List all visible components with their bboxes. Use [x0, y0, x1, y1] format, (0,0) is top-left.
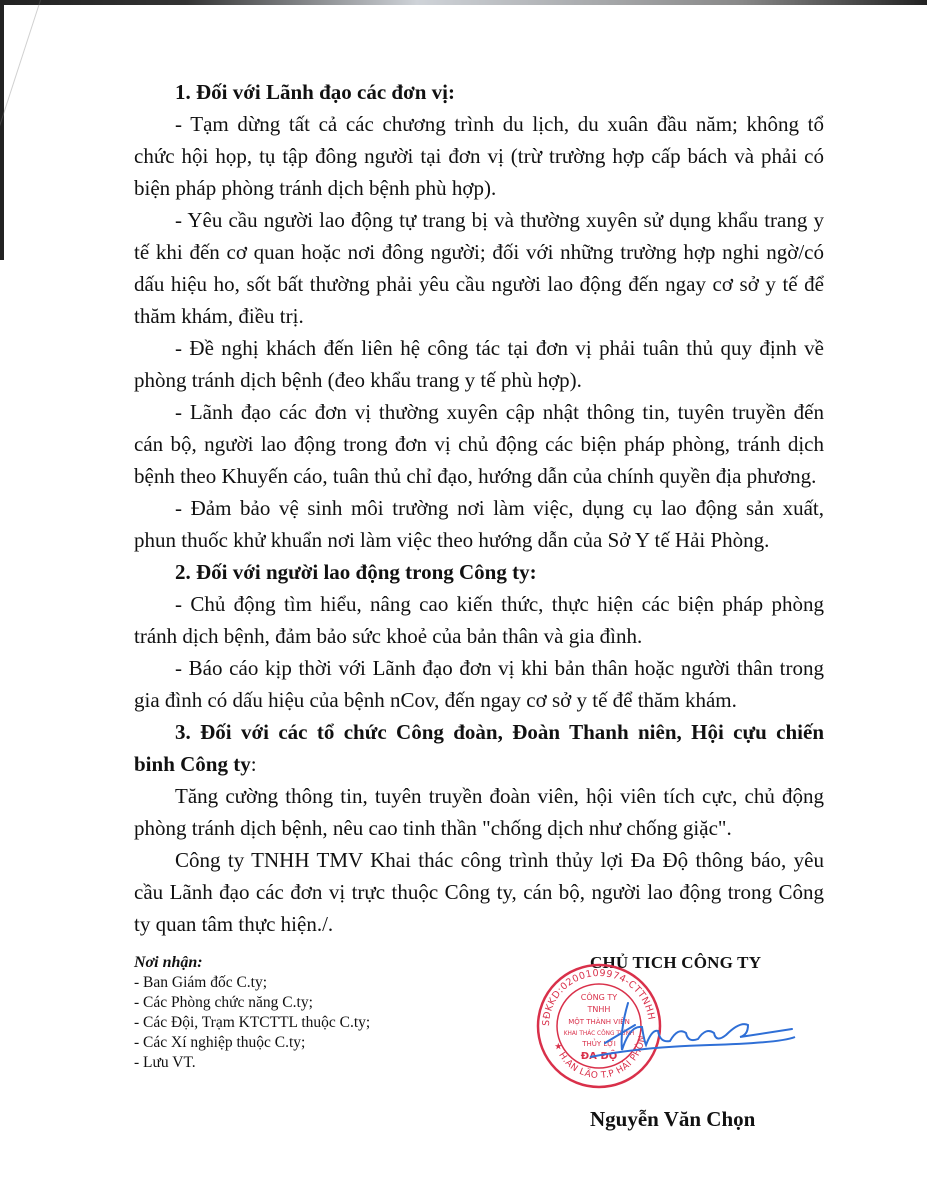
recipient-item: - Lưu VT.: [134, 1053, 370, 1073]
section-3-heading-bold: binh Công ty: [134, 752, 251, 776]
section-3-heading-colon: :: [251, 752, 257, 776]
section-3-heading-cont: binh Công ty:: [134, 750, 824, 778]
recipients-block: Nơi nhận: - Ban Giám đốc C.ty; - Các Phò…: [134, 953, 370, 1073]
signer-name: Nguyễn Văn Chọn: [590, 1107, 755, 1132]
paragraph-line: Công ty TNHH TMV Khai thác công trình th…: [175, 846, 824, 874]
paragraph-line: - Yêu cầu người lao động tự trang bị và …: [175, 206, 824, 234]
paragraph-line: gia đình có dấu hiệu của bệnh nCov, đến …: [134, 686, 824, 714]
recipient-item: - Các Phòng chức năng C.ty;: [134, 993, 370, 1013]
paragraph-line: cầu Lãnh đạo các đơn vị trực thuộc Công …: [134, 878, 824, 906]
paragraph-line: phun thuốc khử khuẩn nơi làm việc theo h…: [134, 526, 824, 554]
recipient-item: - Các Xí nghiệp thuộc C.ty;: [134, 1033, 370, 1053]
paragraph-line: bệnh theo Khuyến cáo, tuân thủ chỉ đạo, …: [134, 462, 824, 490]
paragraph-line: - Đề nghị khách đến liên hệ công tác tại…: [175, 334, 824, 362]
paragraph-line: - Chủ động tìm hiểu, nâng cao kiến thức,…: [175, 590, 824, 618]
scan-border-left: [0, 0, 4, 260]
paragraph-line: phòng tránh dịch bệnh (đeo khẩu trang y …: [134, 366, 824, 394]
paragraph-line: - Báo cáo kịp thời với Lãnh đạo đơn vị k…: [175, 654, 824, 682]
scan-fold-line: [0, 0, 41, 238]
recipient-item: - Các Đội, Trạm KTCTTL thuộc C.ty;: [134, 1013, 370, 1033]
paragraph-line: phòng tránh dịch bệnh, nêu cao tinh thần…: [134, 814, 824, 842]
paragraph-line: - Tạm dừng tất cả các chương trình du lị…: [175, 110, 824, 138]
paragraph-line: cán bộ, người lao động trong đơn vị chủ …: [134, 430, 824, 458]
paragraph-line: - Lãnh đạo các đơn vị thường xuyên cập n…: [175, 398, 824, 426]
paragraph-line: tế khi đến cơ quan hoặc nơi đông người; …: [134, 238, 824, 266]
paragraph-line: ty quan tâm thực hiện./.: [134, 910, 824, 938]
recipient-item: - Ban Giám đốc C.ty;: [134, 973, 370, 993]
paragraph-line: tránh dịch bệnh, đảm bảo sức khoẻ của bả…: [134, 622, 824, 650]
paragraph-line: - Đảm bảo vệ sinh môi trường nơi làm việ…: [175, 494, 824, 522]
section-2-heading: 2. Đối với người lao động trong Công ty:: [175, 558, 824, 586]
paragraph-line: Tăng cường thông tin, tuyên truyền đoàn …: [175, 782, 824, 810]
paragraph-line: biện pháp phòng tránh dịch bệnh phù hợp)…: [134, 174, 824, 202]
handwritten-signature-icon: [580, 995, 800, 1070]
section-3-heading: 3. Đối với các tổ chức Công đoàn, Đoàn T…: [175, 718, 824, 746]
paragraph-line: thăm khám, điều trị.: [134, 302, 824, 330]
section-1-heading: 1. Đối với Lãnh đạo các đơn vị:: [175, 78, 824, 106]
paragraph-line: dấu hiệu ho, sốt bất thường phải yêu cầu…: [134, 270, 824, 298]
paragraph-line: chức hội họp, tụ tập đông người tại đơn …: [134, 142, 824, 170]
recipients-title: Nơi nhận:: [134, 953, 370, 973]
scan-border-top: [0, 0, 927, 5]
